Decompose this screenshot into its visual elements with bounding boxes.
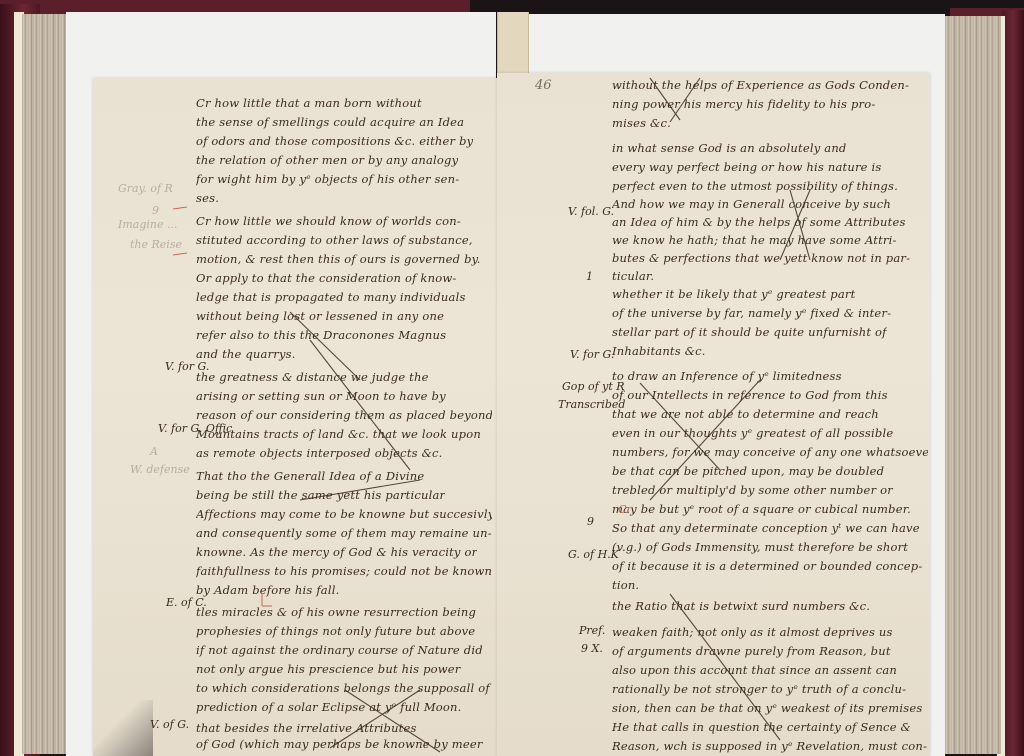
- manuscript-line: an Idea of him & by the helps of some At…: [612, 215, 906, 229]
- manuscript-line: stituted according to other laws of subs…: [196, 233, 473, 247]
- manuscript-line: numbers, for we may conceive of any one …: [612, 445, 928, 459]
- manuscript-line: without the helps of Experience as Gods …: [612, 78, 909, 92]
- manuscript-line: sion, then can be that on yᵉ weakest of …: [612, 701, 922, 715]
- manuscript-line: also upon this account that since an ass…: [612, 663, 897, 677]
- manuscript-line: stellar part of it should be quite unfur…: [612, 325, 887, 339]
- folio-number: 46: [535, 78, 552, 93]
- manuscript-line: prophesies of things not only future but…: [196, 624, 475, 638]
- manuscript-line: Mountains tracts of land &c. that we loo…: [196, 427, 481, 441]
- manuscript-line: weaken faith; not only as it almost depr…: [612, 625, 893, 639]
- manuscript-line: ledge that is propagated to many individ…: [196, 290, 466, 304]
- margin-note: Cr: [618, 503, 632, 516]
- manuscript-line: of it because it is a determined or boun…: [612, 559, 922, 573]
- manuscript-line: of arguments drawne purely from Reason, …: [612, 644, 891, 658]
- margin-note: Gray. of R: [118, 182, 173, 195]
- leaf-corner-shadow: [93, 700, 153, 756]
- manuscript-line: trebled or multiply'd by some other numb…: [612, 483, 893, 497]
- manuscript-line: not only argue his prescience but his po…: [196, 662, 461, 676]
- page-edges-right: [945, 16, 1001, 754]
- manuscript-line: to which considerations belongs the supp…: [196, 681, 492, 695]
- manuscript-line: So that any determinate conception yᵗ we…: [612, 521, 920, 535]
- margin-note: V. for G.: [165, 360, 209, 373]
- manuscript-line: arising or setting sun or Moon to have b…: [196, 389, 446, 403]
- manuscript-line: Inhabitants &c.: [612, 344, 706, 358]
- manuscript-line: of our Intellects in reference to God fr…: [612, 388, 888, 402]
- manuscript-line: of God (which may perhaps be knowne by m…: [196, 737, 483, 751]
- manuscript-line: that besides the irrelative Attributes: [196, 721, 417, 735]
- manuscript-line: tles miracles & of his owne resurrection…: [196, 605, 476, 619]
- margin-note: Imagine ...: [118, 218, 177, 231]
- manuscript-line: Affections may come to be knowne but suc…: [196, 507, 492, 521]
- manuscript-line: whether it be likely that yᵉ greatest pa…: [612, 287, 855, 301]
- manuscript-line: the Ratio that is betwixt surd numbers &…: [612, 599, 870, 613]
- manuscript-line: the sense of smellings could acquire an …: [196, 115, 464, 129]
- manuscript-line: prediction of a solar Eclipse at yᵉ full…: [196, 700, 462, 714]
- manuscript-line: Reason, wch is supposed in yᵉ Revelation…: [612, 739, 927, 753]
- manuscript-line: be that can be pitched upon, may be doub…: [612, 464, 884, 478]
- manuscript-line: we know he hath; that he may have some A…: [612, 233, 897, 247]
- manuscript-line: and the quarrys.: [196, 347, 296, 361]
- margin-note: V. for G.: [570, 348, 614, 361]
- manuscript-line: butes & perfections that we yett know no…: [612, 251, 910, 265]
- margin-note: V. for G. Offic: [158, 422, 232, 435]
- manuscript-line: (v.g.) of Gods Immensity, must therefore…: [612, 540, 908, 554]
- manuscript-line: ning power his mercy his fidelity to his…: [612, 97, 875, 111]
- margin-note: V. of G.: [150, 718, 189, 731]
- manuscript-line: that we are not able to determine and re…: [612, 407, 879, 421]
- manuscript-line: ticular.: [612, 269, 654, 283]
- margin-note: G. of H.K: [568, 548, 619, 561]
- margin-note: Gop of yt R: [562, 380, 625, 393]
- manuscript-line: as remote objects interposed objects &c.: [196, 446, 443, 460]
- manuscript-line: may be but yᵉ root of a square or cubica…: [612, 502, 911, 516]
- book-cover-right: [1002, 10, 1024, 756]
- manuscript-line: to draw an Inference of yᵉ limitedness: [612, 369, 842, 383]
- manuscript-line: in what sense God is an absolutely and: [612, 141, 847, 155]
- margin-note: 1: [586, 270, 593, 283]
- manuscript-line: motion, & rest then this of ours is gove…: [196, 252, 481, 266]
- manuscript-line: Cr how little that a man born without: [196, 96, 422, 110]
- manuscript-line: reason of our considering them as placed…: [196, 408, 492, 422]
- manuscript-line: That tho the Generall Idea of a Divine: [196, 469, 424, 483]
- manuscript-line: of odors and those compositions &c. eith…: [196, 134, 473, 148]
- margin-note: Transcribed: [558, 398, 625, 411]
- manuscript-line: the greatness & distance we judge the: [196, 370, 429, 384]
- manuscript-line: ses.: [196, 191, 219, 205]
- manuscript-line: the relation of other men or by any anal…: [196, 153, 458, 167]
- manuscript-line: if not against the ordinary course of Na…: [196, 643, 483, 657]
- page-edges-left: [22, 14, 66, 754]
- manuscript-line: Or apply to that the consideration of kn…: [196, 271, 456, 285]
- manuscript-line: refer also to this the Draconones Magnus: [196, 328, 446, 342]
- manuscript-line: tion.: [612, 578, 639, 592]
- manuscript-line: without being lost or lessened in any on…: [196, 309, 444, 323]
- manuscript-line: rationally be not stronger to yᵉ truth o…: [612, 682, 906, 696]
- margin-note: 9: [587, 515, 594, 528]
- manuscript-line: Cr how little we should know of worlds c…: [196, 214, 461, 228]
- manuscript-line: for wight him by yᵉ objects of his other…: [196, 172, 459, 186]
- margin-note: V. fol. G.: [568, 205, 614, 218]
- manuscript-line: He that calls in question the certainty …: [612, 720, 911, 734]
- manuscript-line: by Adam before his fall.: [196, 583, 339, 597]
- manuscript-line: and consequently some of them may remain…: [196, 526, 492, 540]
- manuscript-line: And how we may in Generall conceive by s…: [612, 197, 891, 211]
- margin-note: E. of C.: [166, 596, 207, 609]
- margin-note: W. defense: [130, 463, 190, 476]
- manuscript-line: of the universe by far, namely yᵉ fixed …: [612, 306, 891, 320]
- manuscript-line: faithfullness to his promises; could not…: [196, 564, 492, 578]
- manuscript-line: knowne. As the mercy of God & his veraci…: [196, 545, 477, 559]
- manuscript-line: even in our thoughts yᵉ greatest of all …: [612, 426, 893, 440]
- manuscript-line: mises &c.: [612, 116, 671, 130]
- margin-note: 9 X.: [581, 642, 603, 655]
- manuscript-line: perfect even to the utmost possibility o…: [612, 179, 898, 193]
- manuscript-line: every way perfect being or how his natur…: [612, 160, 882, 174]
- margin-note: Pref.: [579, 624, 605, 637]
- binding-guard-strip: [497, 12, 529, 82]
- margin-note: the Reise: [130, 238, 182, 251]
- manuscript-line: being be still the same yett his particu…: [196, 488, 445, 502]
- margin-note: A: [150, 445, 158, 458]
- margin-note: 9: [152, 204, 159, 217]
